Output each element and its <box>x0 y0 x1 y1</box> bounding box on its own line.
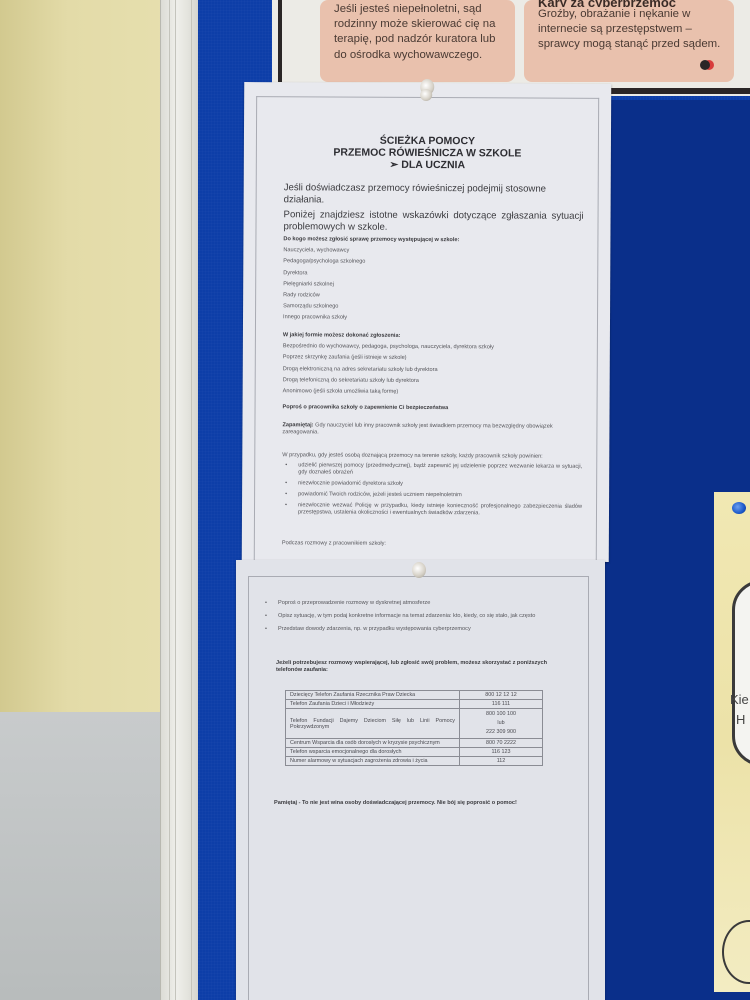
pushpin-icon <box>420 89 432 101</box>
closing-note: Pamiętaj - To nie jest wina osoby doświa… <box>274 798 574 809</box>
smiley-icon <box>722 920 750 984</box>
conversation-list: Poproś o przeprowadzenie rozmowy w dyskr… <box>262 600 562 639</box>
dots-icon <box>704 60 726 70</box>
card-heading: Kary za cyberprzemoc <box>538 0 724 7</box>
speech-bubble <box>732 580 750 766</box>
phones-intro: Jeżeli potrzebujesz rozmowy wspierającej… <box>276 660 566 674</box>
phones-table: Dziecięcy Telefon Zaufania Rzecznika Pra… <box>285 690 543 766</box>
bullet-item: Poproś o przeprowadzenie rozmowy w dyskr… <box>262 600 562 607</box>
card-text: Jeśli jesteś niepełnoletni, sąd rodzinny… <box>334 3 495 61</box>
phone-number: 116 111 <box>460 700 543 709</box>
wall-grey <box>0 712 165 1000</box>
table-row: Centrum Wsparcia dla osób dorosłych w kr… <box>286 739 543 748</box>
phone-number: 800 12 12 12 <box>460 691 543 700</box>
phone-line-name: Telefon Fundacji Dajemy Dzieciom Siłę lu… <box>286 709 460 739</box>
duty-section: W przypadku, gdy jesteś osobą doznającą … <box>282 452 582 522</box>
phone-number: 112 <box>460 757 543 766</box>
phone-line-name: Centrum Wsparcia dla osób dorosłych w kr… <box>286 739 460 748</box>
how-section: W jakiej formie możesz dokonać zgłoszeni… <box>283 330 583 415</box>
wall-yellow <box>0 0 170 712</box>
phone-number: 116 123 <box>460 748 543 757</box>
phone-line-name: Telefon Zaufania Dzieci i Młodzieży <box>286 700 460 709</box>
side-poster-text: Kie H <box>730 690 749 730</box>
phone-number: 800 70 2222 <box>460 739 543 748</box>
list-item: Pedagoga/psychologa szkolnego <box>283 257 583 270</box>
poster-card-cyber: Kary za cyberprzemoc Groźby, obrażanie i… <box>524 0 734 82</box>
pushpin-icon <box>412 562 426 578</box>
document-page-2: Poproś o przeprowadzenie rozmowy w dyskr… <box>236 560 605 1000</box>
bullet-item: udzielić pierwszej pomocy (przedmedyczne… <box>282 462 582 478</box>
side-poster: Kie H <box>714 492 750 992</box>
phone-line-name: Dziecięcy Telefon Zaufania Rzecznika Pra… <box>286 691 460 700</box>
bullet-item: niezwłocznie powiadomić dyrektora szkoły <box>282 480 582 489</box>
table-row: Numer alarmowy w sytuacjach zagrożenia z… <box>286 757 543 766</box>
bullet-item: powiadomić Twoich rodziców, jeżeli jeste… <box>282 491 582 500</box>
phone-line-name: Telefon wsparcia emocjonalnego dla doros… <box>286 748 460 757</box>
card-text: Groźby, obrażanie i nękanie w internecie… <box>538 8 720 50</box>
remember-section: Zapamiętaj: Gdy nauczyciel lub inny prac… <box>282 422 582 438</box>
list-item: Anonimowo (jeśli szkoła umożliwia taką f… <box>283 386 583 399</box>
list-item: Pielęgniarki szkolnej <box>283 279 583 292</box>
document-title: ŚCIEŻKA POMOCY PRZEMOC RÓWIEŚNICZA W SZK… <box>244 134 611 172</box>
poster-card-juvenile: Jeśli jesteś niepełnoletni, sąd rodzinny… <box>320 0 515 82</box>
table-row: Telefon Fundacji Dajemy Dzieciom Siłę lu… <box>286 709 543 739</box>
safety-note: Poproś o pracownika szkoły o zapewnienie… <box>283 404 449 411</box>
who-section: Do kogo możesz zgłosić sprawę przemocy w… <box>283 234 583 325</box>
pushpin-blue-icon <box>732 502 746 514</box>
board-frame <box>160 0 201 1000</box>
list-item: Innego pracownika szkoły <box>283 313 583 326</box>
table-row: Telefon Zaufania Dzieci i Młodzieży116 1… <box>286 700 543 709</box>
bullet-item: niezwłocznie wezwać Policję w przypadku,… <box>282 502 582 518</box>
bullet-item: Przedstaw dowody zdarzenia, np. w przypa… <box>262 626 562 633</box>
table-row: Dziecięcy Telefon Zaufania Rzecznika Pra… <box>286 691 543 700</box>
document-page-1: ŚCIEŻKA POMOCY PRZEMOC RÓWIEŚNICZA W SZK… <box>242 82 611 562</box>
table-row: Telefon wsparcia emocjonalnego dla doros… <box>286 748 543 757</box>
phone-number: 800 100 100lub222 309 900 <box>460 709 543 739</box>
conversation-intro: Podczas rozmowy z pracownikiem szkoły: <box>282 538 582 551</box>
intro: Jeśli doświadczasz przemocy rówieśniczej… <box>283 182 583 235</box>
phone-line-name: Numer alarmowy w sytuacjach zagrożenia z… <box>286 757 460 766</box>
bullet-item: Opisz sytuację, w tym podaj konkretne in… <box>262 613 562 620</box>
